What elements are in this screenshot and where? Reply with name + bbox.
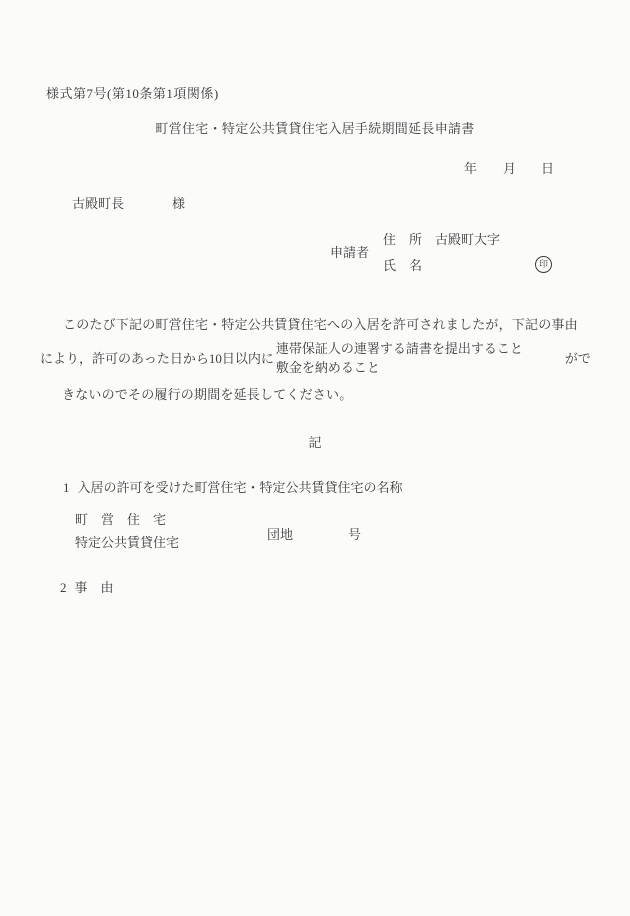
housing-type-specified-public: 特定公共賃貸住宅 <box>75 536 179 549</box>
item-2-number: 2 <box>60 580 67 595</box>
list-item-2: 2事 由 <box>60 581 114 594</box>
body-line2-suffix: がで <box>565 352 591 365</box>
addressee-name: 古殿町長 <box>72 196 124 211</box>
item-1-number: 1 <box>63 480 70 495</box>
application-form-page: 様式第7号(第10条第1項関係) 町営住宅・特定公共賃貸住宅入居手続期間延長申請… <box>0 0 630 916</box>
housing-type-town-operated: 町 営 住 宅 <box>75 513 166 526</box>
applicant-fields: 住 所 古殿町大字 氏 名 印 <box>383 233 621 272</box>
option-surety-document: 連帯保証人の連署する請書を提出すること <box>276 339 523 358</box>
item-1-label: 入居の許可を受けた町営住宅・特定公共賃貸住宅の名称 <box>78 480 403 495</box>
housing-complex-label: 団地 <box>267 528 293 541</box>
form-number: 様式第7号(第10条第1項関係) <box>46 87 219 100</box>
document-title: 町営住宅・特定公共賃貸住宅入居手続期間延長申請書 <box>0 122 630 135</box>
applicant-address-row: 住 所 古殿町大字 <box>383 233 621 246</box>
applicant-label: 申請者 <box>330 246 369 259</box>
housing-unit-number-label: 号 <box>348 528 361 541</box>
name-field-label: 氏 名 <box>383 259 422 272</box>
addressee-honorific: 様 <box>172 196 185 211</box>
body-text-line2: により，許可のあった日から10日以内に 連帯保証人の連署する請書を提出すること … <box>40 339 591 377</box>
body-line2-prefix: により，許可のあった日から10日以内に <box>40 352 274 365</box>
option-deposit-payment: 敷金を納めること <box>276 358 523 377</box>
date-month-label: 月 <box>503 162 516 175</box>
item-2-label: 事 由 <box>75 580 114 595</box>
body-text-line1: このたび下記の町営住宅・特定公共賃貸住宅への入居を許可されましたが，下記の事由 <box>63 318 578 331</box>
address-field-label: 住 所 <box>383 233 422 246</box>
applicant-block: 申請者 住 所 古殿町大字 氏 名 印 <box>330 233 621 272</box>
seal-stamp-icon: 印 <box>535 256 552 273</box>
applicant-name-row: 氏 名 印 <box>383 259 621 272</box>
date-year-label: 年 <box>464 162 477 175</box>
record-heading: 記 <box>0 436 630 449</box>
body-text-line3: きないのでその履行の期間を延長してください。 <box>62 388 352 401</box>
addressee-line: 古殿町長様 <box>72 197 185 210</box>
list-item-1: 1入居の許可を受けた町営住宅・特定公共賃貸住宅の名称 <box>63 481 403 494</box>
date-day-label: 日 <box>541 162 554 175</box>
address-field-value: 古殿町大字 <box>435 233 500 246</box>
fulfillment-options: 連帯保証人の連署する請書を提出すること 敷金を納めること <box>276 339 523 377</box>
